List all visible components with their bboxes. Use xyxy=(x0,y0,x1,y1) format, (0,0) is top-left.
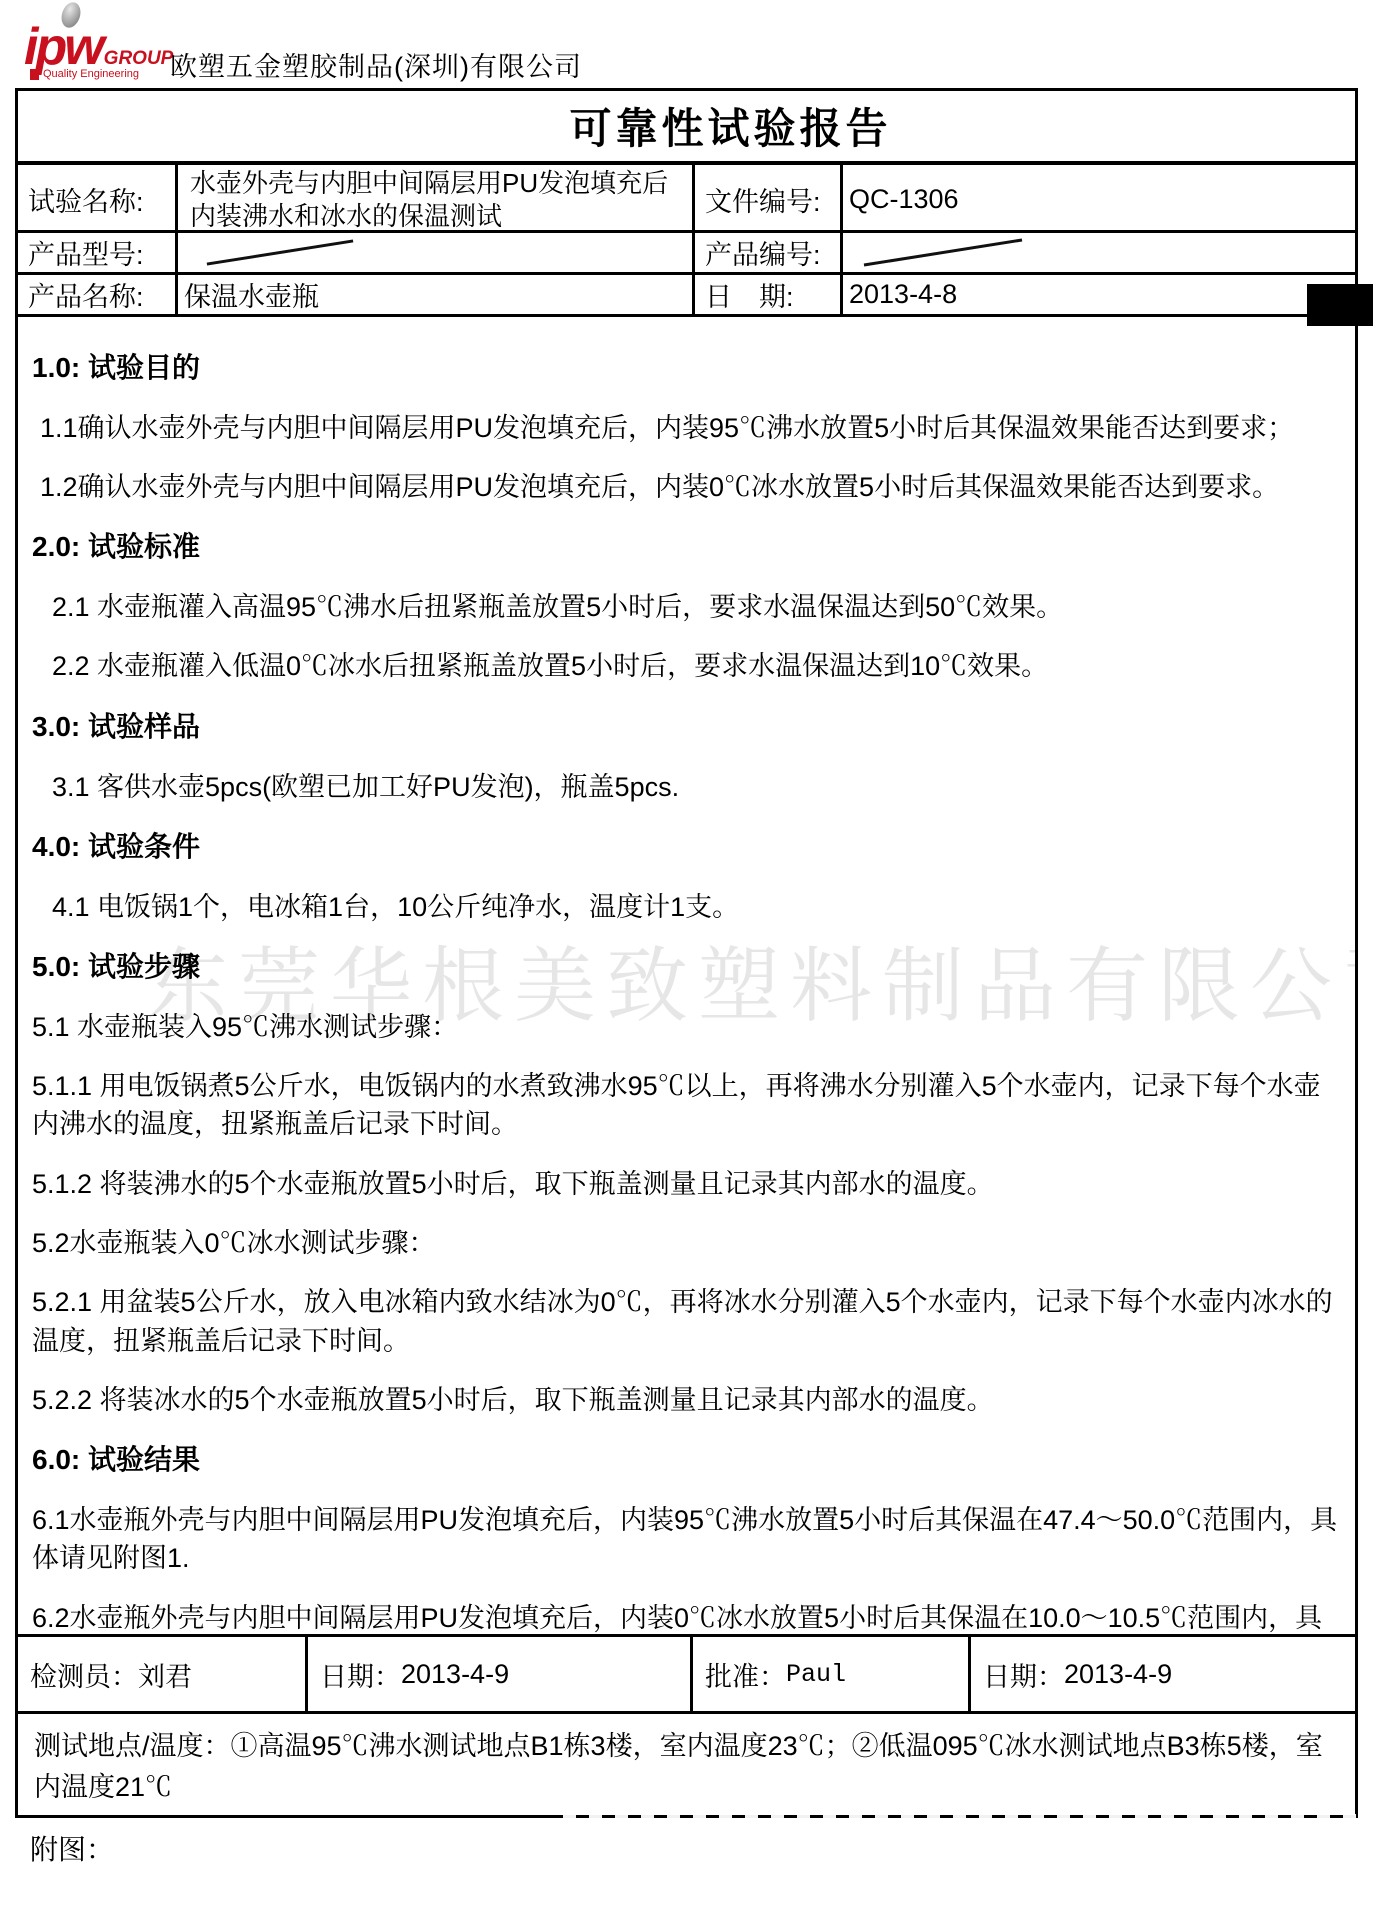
section-heading: 5.0: 试验步骤 xyxy=(32,947,1341,987)
page-header: ipw GROUP Quality Engineering 欧塑五金塑胶制品(深… xyxy=(0,0,1373,88)
paragraph: 5.1.1 用电饭锅煮5公斤水，电饭锅内的水煮致沸水95℃以上，再将沸水分别灌入… xyxy=(32,1067,1341,1144)
company-name: 欧塑五金塑胶制品(深圳)有限公司 xyxy=(170,45,582,84)
appendix-label: 附图： xyxy=(30,1828,1373,1868)
paragraph: 5.1.2 将装沸水的5个水壶瓶放置5小时后，取下瓶盖测量且记录其内部水的温度。 xyxy=(32,1165,1341,1203)
paragraph: 2.2 水壶瓶灌入低温0℃冰水后扭紧瓶盖放置5小时后，要求水温保温达到10℃效果… xyxy=(32,647,1341,685)
test-name-value: 水壶外壳与内胆中间隔层用PU发泡填充后内装沸水和冰水的保温测试 xyxy=(184,165,692,234)
product-name-value: 保温水壶瓶 xyxy=(178,275,695,314)
tester-date-label: 日期： xyxy=(320,1655,401,1694)
paragraph: 5.2水壶瓶装入0℃冰水测试步骤： xyxy=(32,1224,1341,1262)
scan-artifact-box xyxy=(1307,284,1373,326)
paragraph: 5.1 水壶瓶装入95℃沸水测试步骤： xyxy=(32,1008,1341,1046)
test-name-label: 试验名称: xyxy=(18,165,178,234)
paragraph: 1.2确认水壶外壳与内胆中间隔层用PU发泡填充后，内装0℃冰水放置5小时后其保温… xyxy=(32,468,1341,506)
approve-date: 2013-4-9 xyxy=(1064,1659,1172,1690)
info-row-product-name: 产品名称: 保温水壶瓶 日 期: 2013-4-8 xyxy=(18,275,1355,317)
report-page: ipw GROUP Quality Engineering 欧塑五金塑胶制品(深… xyxy=(0,0,1373,1920)
info-row-test-name: 试验名称: 水壶外壳与内胆中间隔层用PU发泡填充后内装沸水和冰水的保温测试 文件… xyxy=(18,165,1355,233)
paragraph: 6.2水壶瓶外壳与内胆中间隔层用PU发泡填充后，内装0℃冰水放置5小时后其保温在… xyxy=(32,1599,1341,1637)
tester-name: 刘君 xyxy=(138,1655,192,1694)
company-logo: ipw GROUP Quality Engineering xyxy=(24,2,174,86)
section-heading: 2.0: 试验标准 xyxy=(32,527,1341,567)
signoff-row: 检测员： 刘君 日期： 2013-4-9 批准： Paul 日期： 2013-4… xyxy=(18,1637,1355,1714)
report-document: 可靠性试验报告 试验名称: 水壶外壳与内胆中间隔层用PU发泡填充后内装沸水和冰水… xyxy=(15,88,1358,1818)
test-location-text: 测试地点/温度：①高温95℃沸水测试地点B1栋3楼，室内温度23℃；②低温095… xyxy=(34,1731,1323,1802)
product-name-label: 产品名称: xyxy=(18,275,178,314)
date-label: 日 期: xyxy=(695,275,843,314)
report-title-row: 可靠性试验报告 xyxy=(18,91,1355,165)
doc-no-label: 文件编号: xyxy=(695,165,843,234)
blank-slash xyxy=(207,239,354,265)
section-heading: 6.0: 试验结果 xyxy=(32,1440,1341,1480)
info-row-product-model: 产品型号: 产品编号: xyxy=(18,233,1355,275)
doc-no-value: QC-1306 xyxy=(843,165,1355,234)
paragraph: 6.1水壶瓶外壳与内胆中间隔层用PU发泡填充后，内装95℃沸水放置5小时后其保温… xyxy=(32,1501,1341,1578)
tester-date: 2013-4-9 xyxy=(401,1659,509,1690)
section-heading: 4.0: 试验条件 xyxy=(32,827,1341,867)
logo-brand-text: ipw xyxy=(24,24,102,71)
paragraph: 4.1 电饭锅1个，电冰箱1台，10公斤纯净水，温度计1支。 xyxy=(32,888,1341,926)
logo-group-text: GROUP xyxy=(104,48,174,70)
section-heading: 3.0: 试验样品 xyxy=(32,707,1341,747)
test-location-note: 测试地点/温度：①高温95℃沸水测试地点B1栋3楼，室内温度23℃；②低温095… xyxy=(18,1714,1355,1815)
paragraph: 3.1 客供水壶5pcs(欧塑已加工好PU发泡)，瓶盖5pcs. xyxy=(32,768,1341,806)
blank-slash xyxy=(864,239,1022,267)
paragraph: 2.1 水壶瓶灌入高温95℃沸水后扭紧瓶盖放置5小时后，要求水温保温达到50℃效… xyxy=(32,588,1341,626)
paragraph: 5.2.1 用盆装5公斤水，放入电冰箱内致水结冰为0℃，再将冰水分别灌入5个水壶… xyxy=(32,1283,1341,1360)
product-model-label: 产品型号: xyxy=(18,233,178,272)
logo-square-icon xyxy=(30,69,39,80)
date-value: 2013-4-8 xyxy=(843,275,1355,314)
report-title: 可靠性试验报告 xyxy=(569,96,891,156)
approver-name: Paul xyxy=(786,1660,846,1689)
approve-date-label: 日期： xyxy=(983,1655,1064,1694)
product-no-label: 产品编号: xyxy=(695,233,843,272)
scan-artifact-dashes xyxy=(563,1814,1373,1819)
section-heading: 1.0: 试验目的 xyxy=(32,348,1341,388)
paragraph: 1.1确认水壶外壳与内胆中间隔层用PU发泡填充后，内装95℃沸水放置5小时后其保… xyxy=(32,409,1341,447)
paragraph: 5.2.2 将装冰水的5个水壶瓶放置5小时后，取下瓶盖测量且记录其内部水的温度。 xyxy=(32,1381,1341,1419)
tester-label: 检测员： xyxy=(30,1655,138,1694)
report-body: 东莞华根美致塑料制品有限公司 1.0: 试验目的 1.1确认水壶外壳与内胆中间隔… xyxy=(18,317,1355,1637)
logo-tagline-text: Quality Engineering xyxy=(43,68,139,80)
approver-label: 批准： xyxy=(705,1655,786,1694)
